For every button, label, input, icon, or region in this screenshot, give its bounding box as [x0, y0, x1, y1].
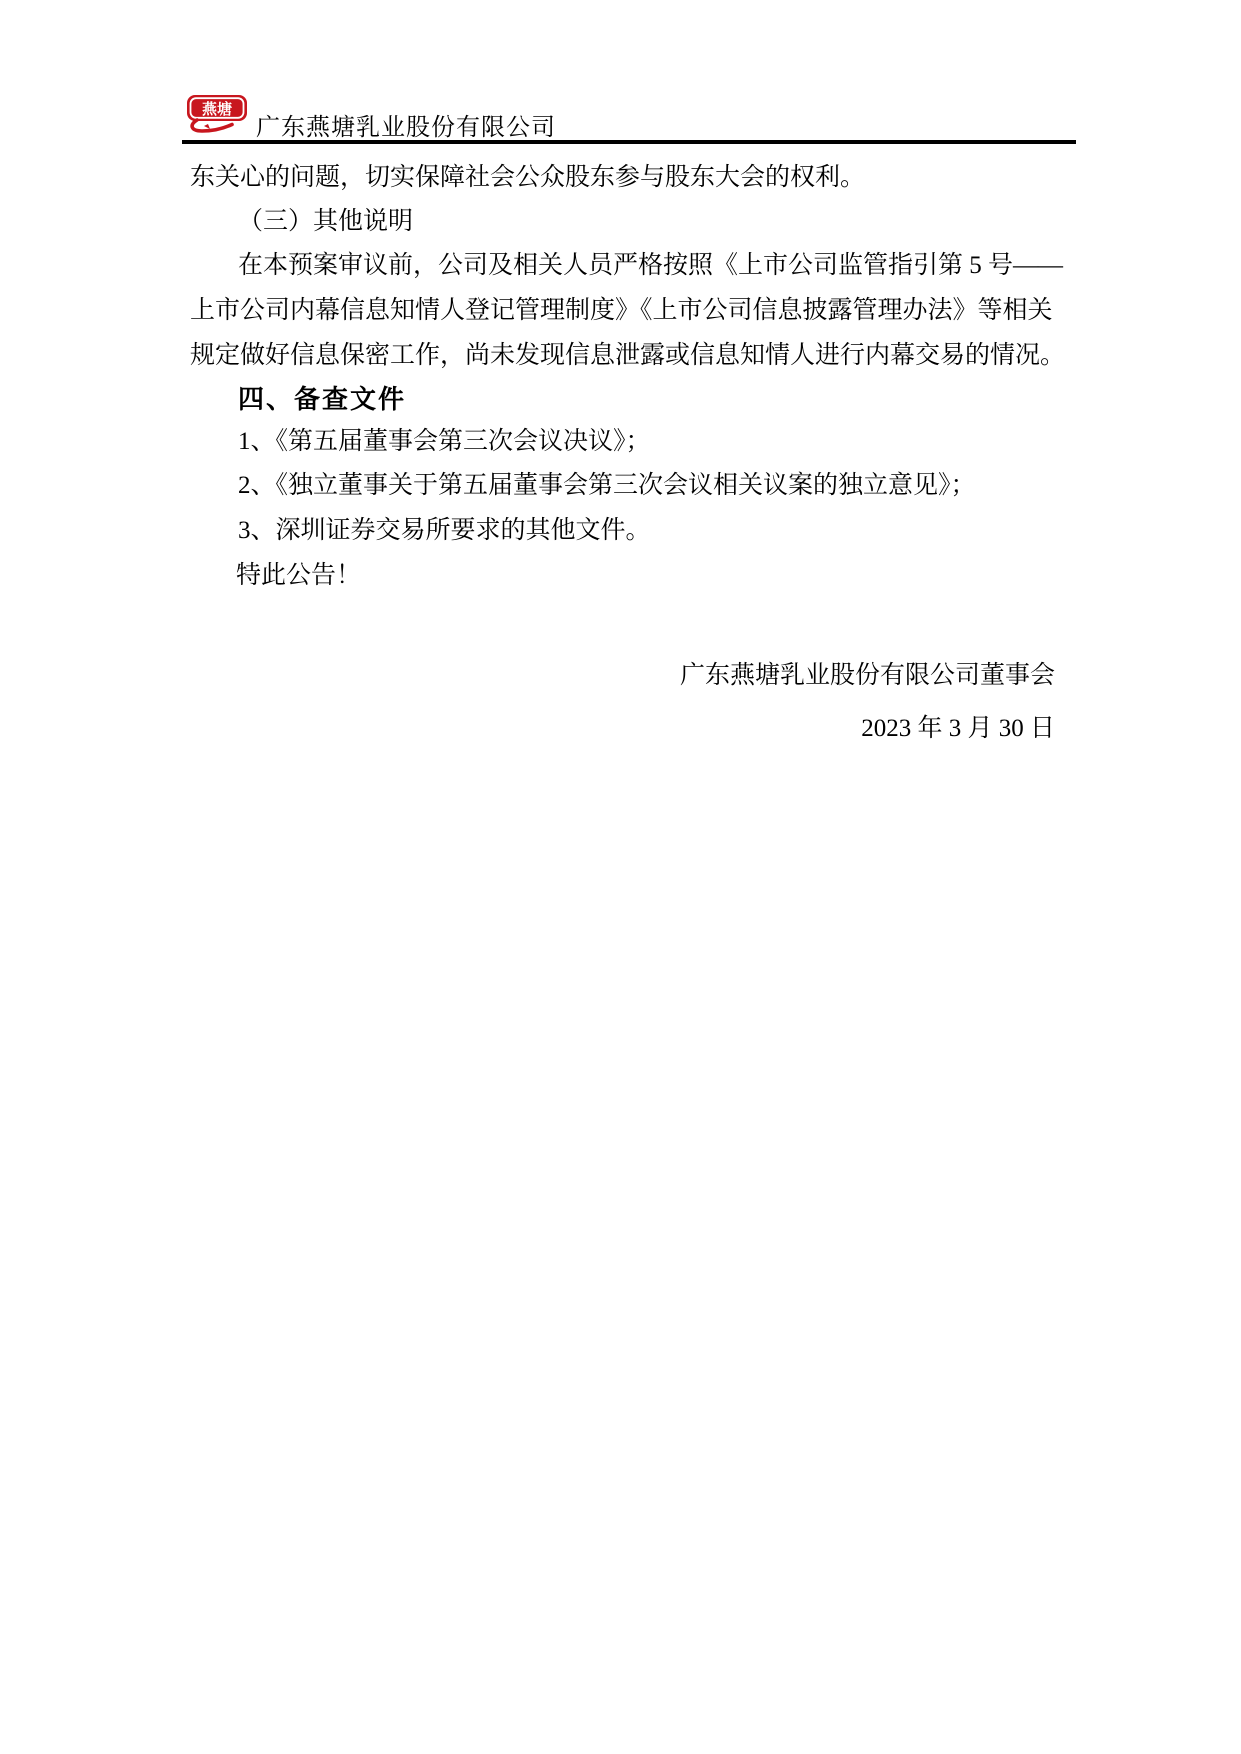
yantang-logo-icon: 燕塘	[186, 91, 252, 140]
document-page: 燕塘 广东燕塘乳业股份有限公司 东关心的问题，切实保障社会公众股东参与股东大会的…	[0, 0, 1241, 1754]
list-item-3: 3、深圳证券交易所要求的其他文件。	[238, 516, 651, 546]
signature-date: 2023 年 3 月 30 日	[861, 714, 1055, 744]
logo-text: 燕塘	[202, 100, 232, 118]
header-divider	[182, 140, 1076, 144]
body-subheading-other-notes: （三）其他说明	[238, 207, 413, 237]
body-line: 规定做好信息保密工作，尚未发现信息泄露或信息知情人进行内幕交易的情况。	[190, 341, 1065, 371]
body-line: 在本预案审议前，公司及相关人员严格按照《上市公司监管指引第 5 号——	[238, 251, 1063, 281]
body-line-continuation: 东关心的问题，切实保障社会公众股东参与股东大会的权利。	[190, 163, 865, 193]
signature-board-of-directors: 广东燕塘乳业股份有限公司董事会	[680, 661, 1055, 691]
body-line: 上市公司内幕信息知情人登记管理制度》《上市公司信息披露管理办法》等相关	[190, 296, 1053, 326]
list-item-1: 1、《第五届董事会第三次会议决议》；	[238, 427, 651, 457]
list-item-2: 2、《独立董事关于第五届董事会第三次会议相关议案的独立意见》；	[238, 471, 976, 501]
section-heading-reference-documents: 四、备查文件	[238, 384, 406, 414]
header-company-name: 广东燕塘乳业股份有限公司	[256, 113, 556, 143]
announcement-closing: 特此公告！	[236, 561, 361, 591]
